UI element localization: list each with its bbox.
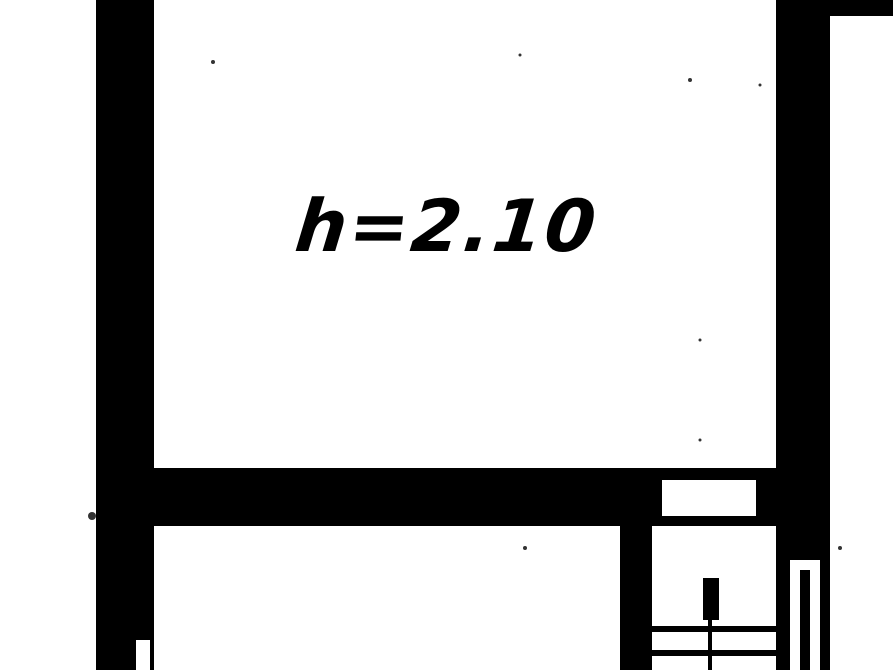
left-wall-opening	[136, 640, 150, 670]
lower-partition-wall	[620, 468, 652, 670]
stair-arrow-line	[708, 612, 712, 670]
small-window	[662, 480, 756, 516]
stair-step-line	[652, 650, 776, 656]
floor-plan-drawing	[0, 0, 893, 670]
stairwell	[652, 526, 776, 670]
top-right-wall	[830, 0, 893, 16]
room-height-label: h=2.10	[292, 190, 601, 262]
left-wall	[96, 0, 154, 670]
stair-step-line	[652, 626, 776, 632]
door-jamb	[800, 570, 810, 670]
